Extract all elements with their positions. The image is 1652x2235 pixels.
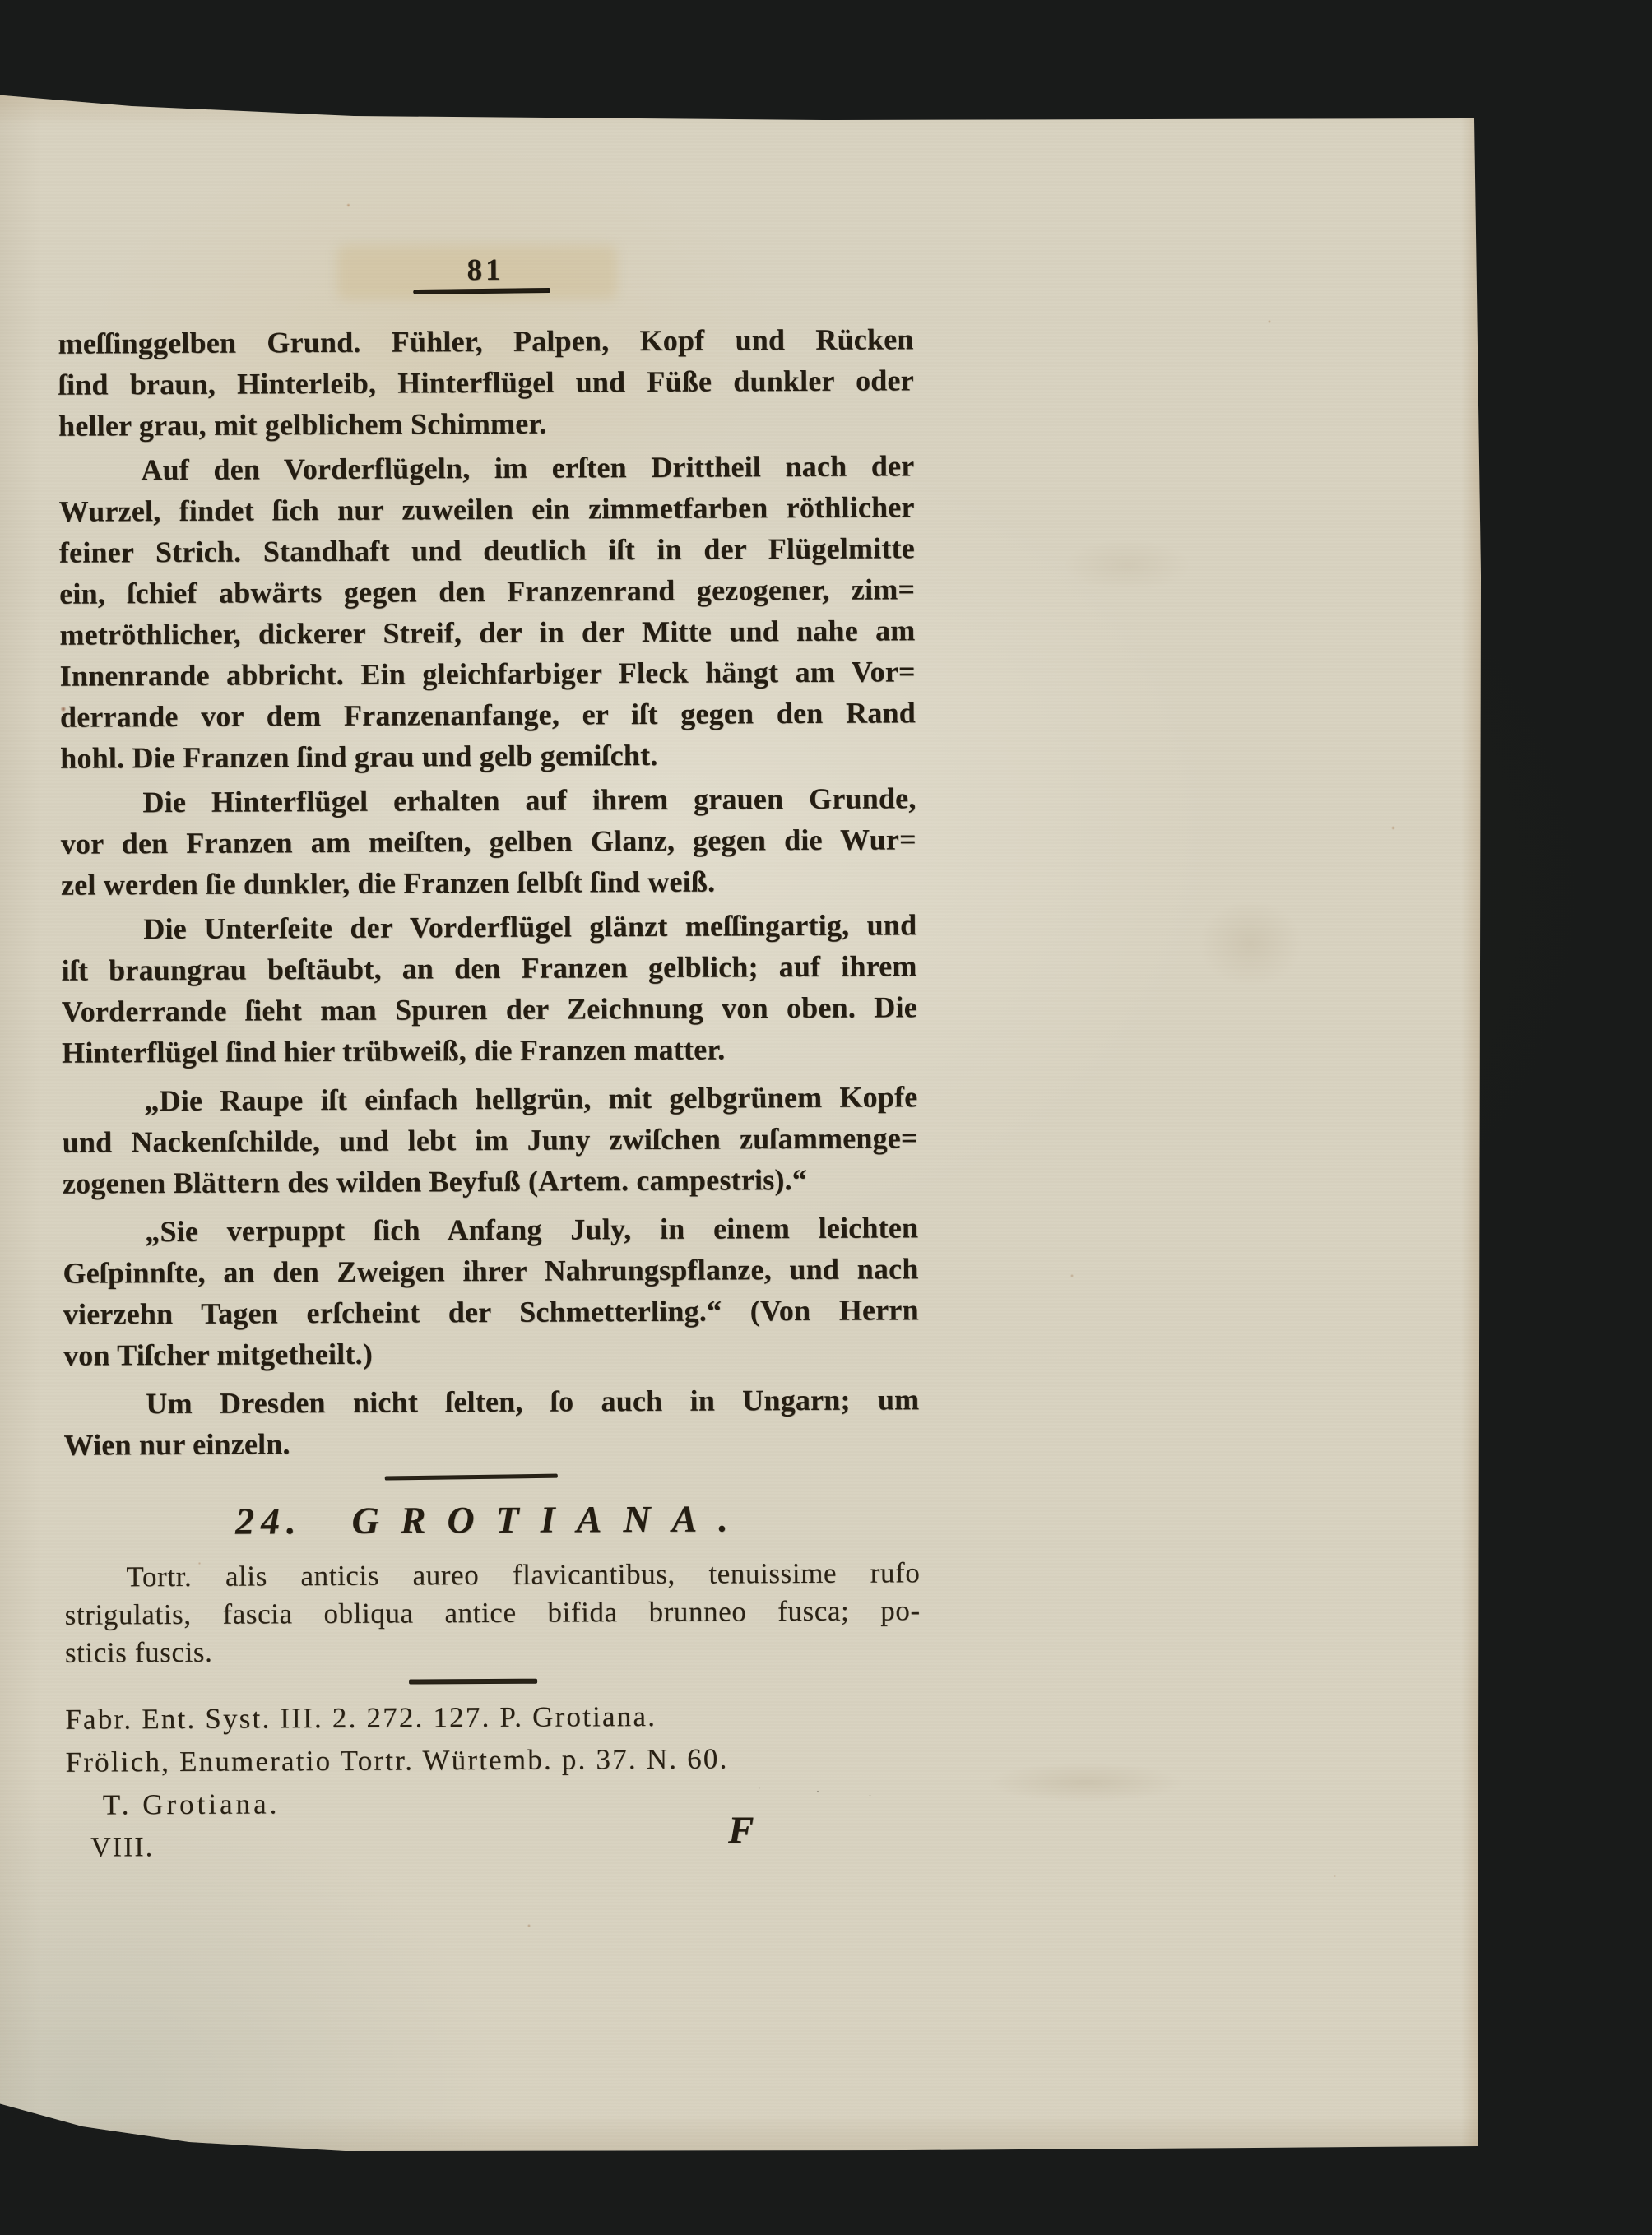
printer-signature-mark: F [728,1808,754,1852]
reference-line: Frölich, Enumeratio Tortr. Würtemb. p. 3… [65,1737,921,1783]
text-line: iſt braungrau beſtäubt, an den Franzen g… [61,945,916,990]
species-name: GROTIANA. [351,1497,749,1542]
text-line: Die Hinterflügel erhalten auf ihrem grau… [60,777,916,823]
references: Fabr. Ent. Syst. III. 2. 272. 127. P. Gr… [65,1694,921,1869]
text-line: hohl. Die Franzen ſind grau und gelb gem… [60,733,916,778]
paragraph-quoted: „Die Raupe iſt einfach hellgrün, mit gel… [62,1076,918,1203]
paragraph: Auf den Vorderflügeln, im erſten Dritthe… [58,445,916,778]
text-line: Hinterflügel ſind hier trübweiß, die Fra… [62,1027,917,1073]
section-divider [385,1474,558,1481]
text-line: feiner Strich. Standhaft und deutlich iſ… [59,527,915,573]
text-line: strigulatis, fascia obliqua antice bifid… [65,1592,921,1634]
text-line: und Nackenſchilde, und lebt im Juny zwiſ… [63,1117,918,1162]
paragraph: Um Dresden nicht ſelten, ſo auch in Unga… [63,1379,920,1465]
species-number: 24. [235,1500,303,1542]
text-line: derrande vor dem Franzenanfange, er iſt … [60,692,916,737]
page-content: 81 meſſinggelben Grund. Fühler, Palpen, … [58,250,921,1869]
page-header: 81 [58,250,913,318]
text-line: „Sie verpuppt ſich Anfang July, in einem… [63,1207,918,1252]
text-line: Wien nur einzeln. [63,1420,919,1465]
text-line: sticis fuscis. [65,1630,921,1672]
text-line: Auf den Vorderflügeln, im erſten Dritthe… [58,445,914,490]
paragraph-quoted: „Sie verpuppt ſich Anfang July, in einem… [63,1207,919,1375]
text-line: vor den Franzen am meiſten, gelben Glanz… [61,818,916,864]
text-line: zel werden ſie dunkler, die Franzen ſelb… [61,860,916,905]
book-page: 81 meſſinggelben Grund. Fühler, Palpen, … [0,92,1483,2154]
latin-diagnosis: Tortr. alis anticis aureo flavicantibus,… [64,1554,921,1672]
page-number-underline [413,288,550,294]
text-line: von Tiſcher mitgetheilt.) [63,1330,919,1375]
paragraph: meſſinggelben Grund. Fühler, Palpen, Kop… [58,318,914,446]
page-number: 81 [467,253,504,288]
text-line: Vorderrande ſieht man Spuren der Zeichnu… [62,986,917,1032]
text-line: „Die Raupe iſt einfach hellgrün, mit gel… [62,1076,917,1121]
text-line: Wurzel, findet ſich nur zuweilen ein zim… [59,486,915,531]
volume-numeral: VIII. [66,1822,921,1869]
paragraph: Die Hinterflügel erhalten auf ihrem grau… [60,777,916,905]
text-line: heller grau, mit gelblichem Schimmer. [58,401,914,446]
species-heading: 24.GROTIANA. [64,1495,920,1545]
paragraph: Die Unterſeite der Vorderflügel glänzt m… [61,904,917,1073]
text-line: Geſpinnſte, an den Zweigen ihrer Nahrung… [63,1248,918,1293]
reference-divider [409,1679,537,1685]
body-text: meſſinggelben Grund. Fühler, Palpen, Kop… [58,318,919,1465]
text-line: Tortr. alis anticis aureo flavicantibus,… [64,1554,920,1596]
scanned-book-photo: 81 meſſinggelben Grund. Fühler, Palpen, … [0,0,1652,2235]
text-line: Um Dresden nicht ſelten, ſo auch in Unga… [63,1379,919,1424]
text-line: Die Unterſeite der Vorderflügel glänzt m… [61,904,916,949]
text-line: meſſinggelben Grund. Fühler, Palpen, Kop… [58,318,913,364]
text-line: ein, ſchief abwärts gegen den Franzenran… [59,568,915,614]
text-line: ſind braun, Hinterleib, Hinterflügel und… [58,359,914,405]
text-line: Innenrande abbricht. Ein gleichfarbiger … [60,651,916,696]
reference-line: Fabr. Ent. Syst. III. 2. 272. 127. P. Gr… [65,1694,921,1741]
text-line: zogenen Blättern des wilden Beyfuß (Arte… [63,1158,918,1203]
reference-line: T. Grotiana. [66,1779,921,1826]
text-line: vierzehn Tagen erſcheint der Schmetterli… [63,1289,919,1334]
text-line: metröthlicher, dickerer Streif, der in d… [59,610,915,655]
